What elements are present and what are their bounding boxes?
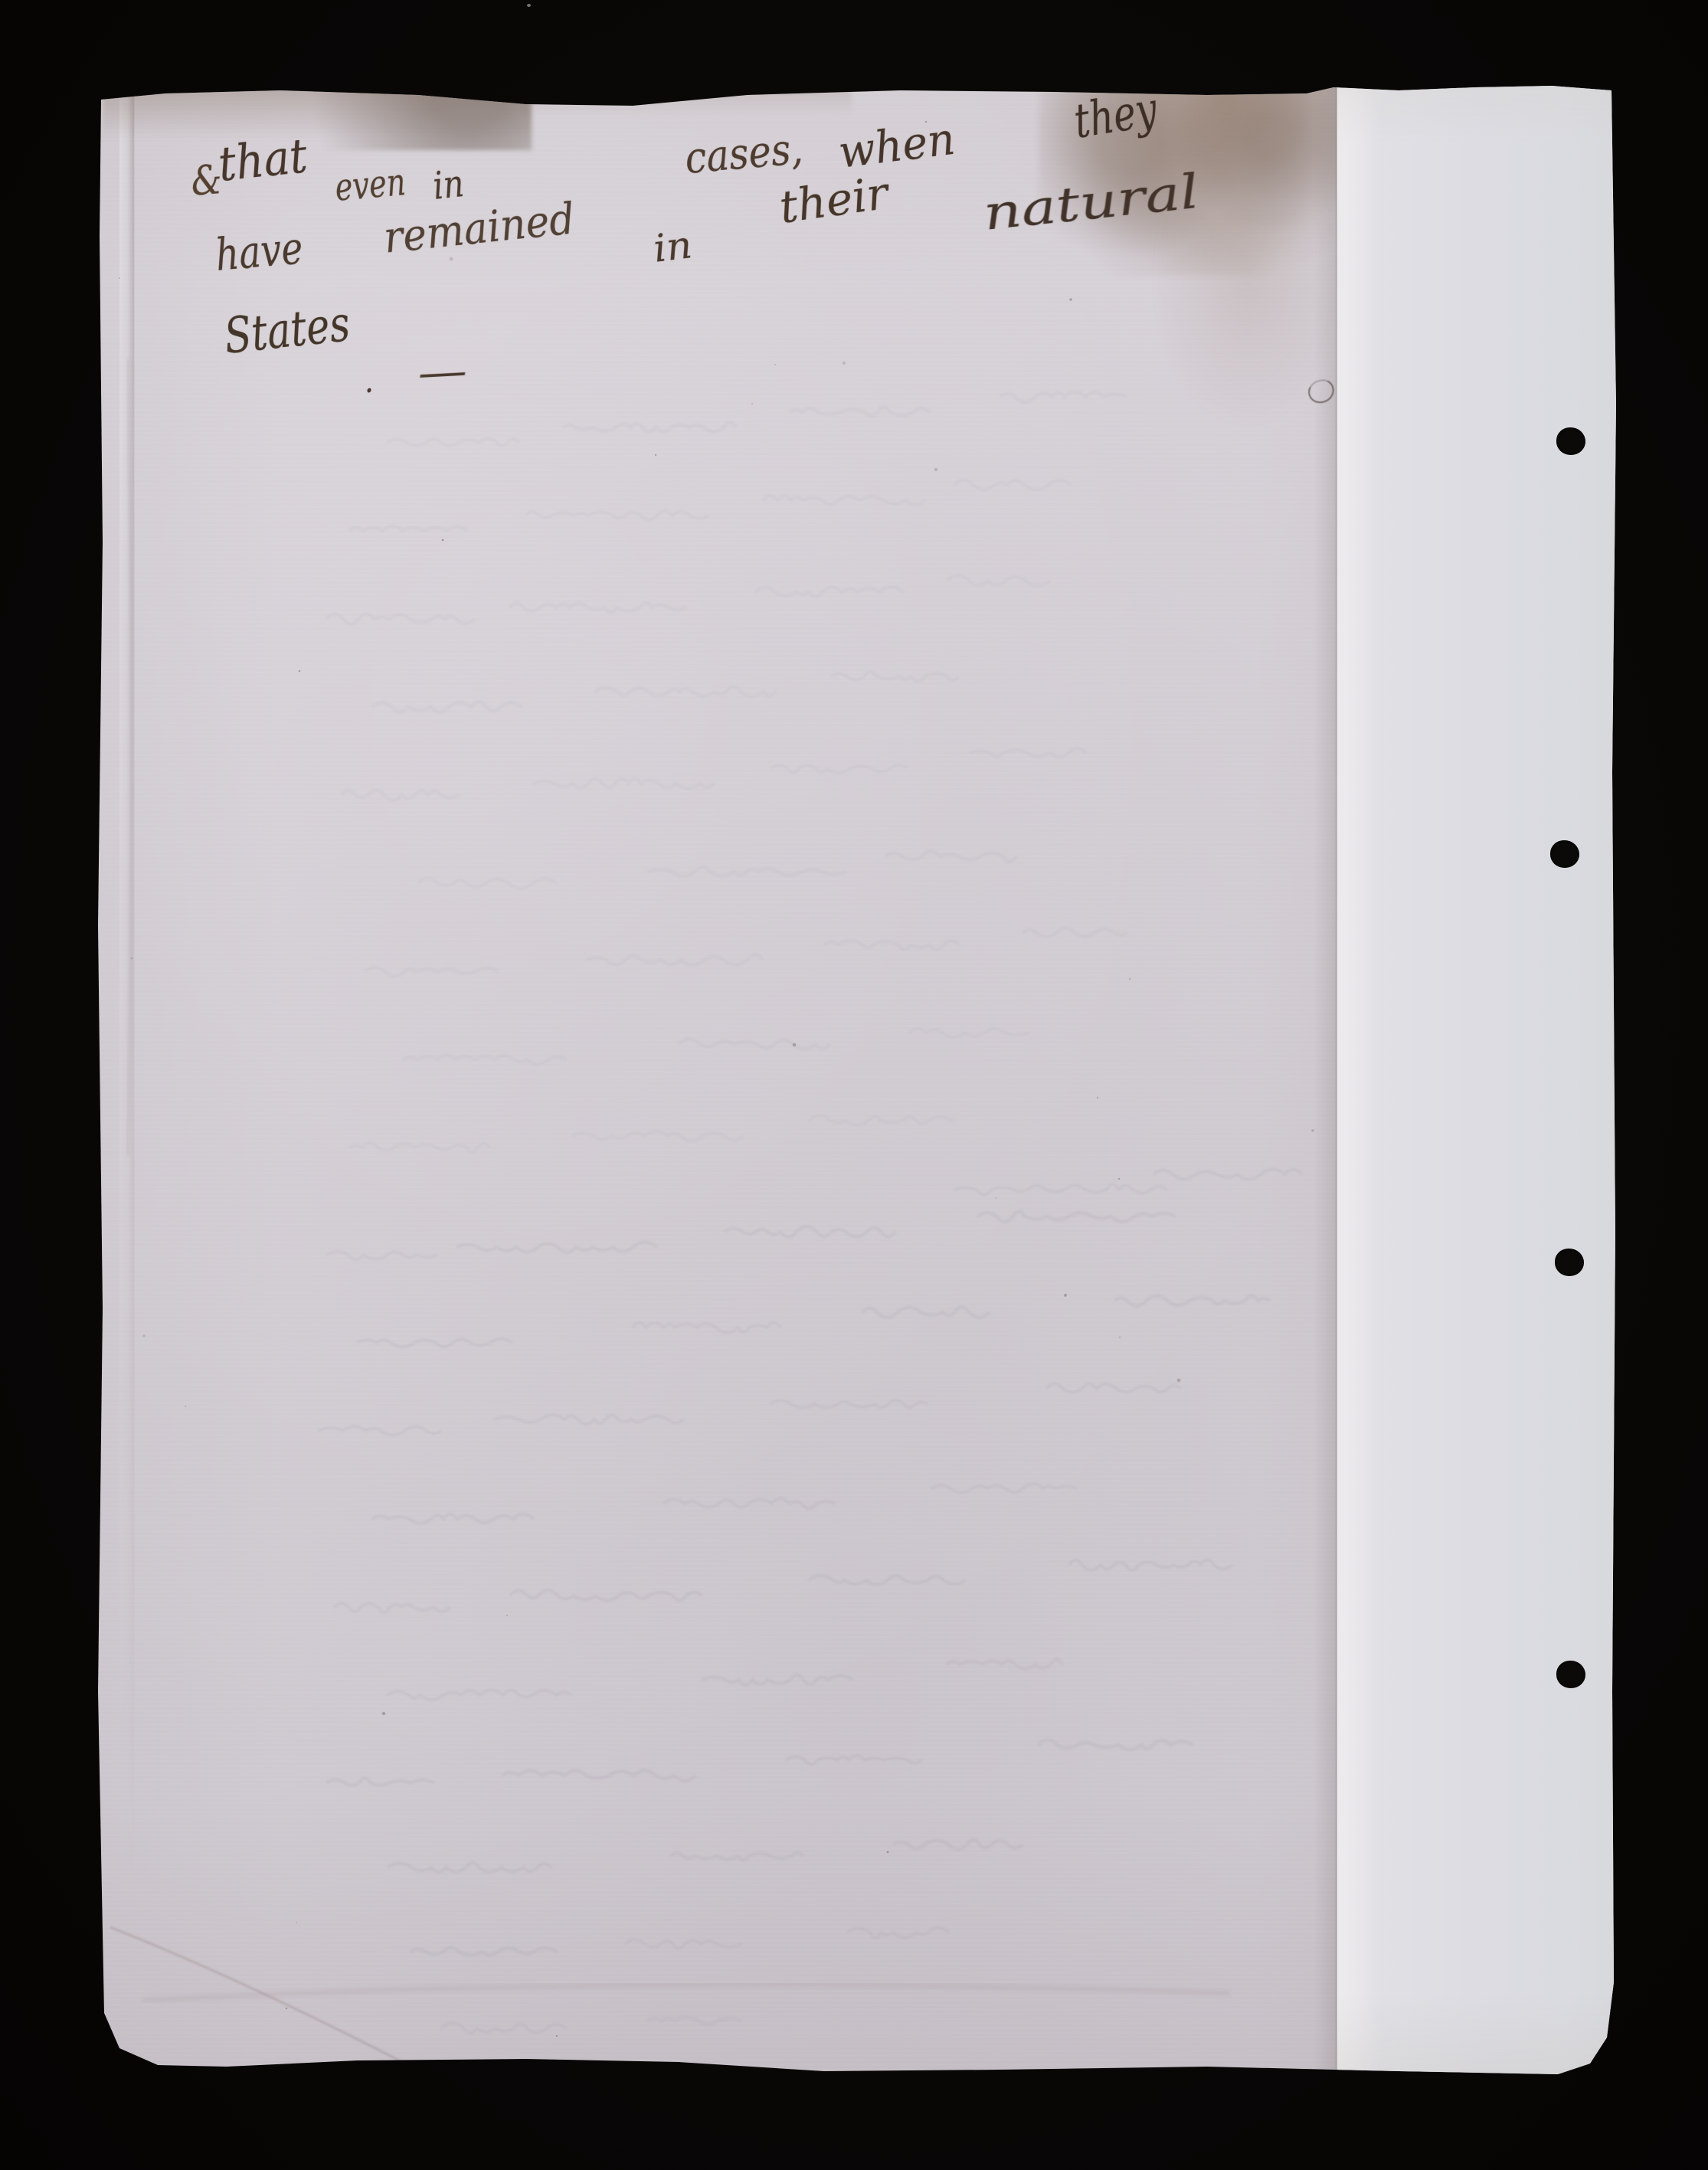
punch-hole <box>1555 1249 1584 1276</box>
handwritten-word: . <box>365 365 374 398</box>
handwritten-word: that <box>216 132 309 188</box>
handwritten-word: they <box>1071 86 1160 146</box>
handwritten-word: States <box>222 299 352 362</box>
handwritten-word: natural <box>981 168 1201 237</box>
punch-hole <box>1550 840 1579 868</box>
handwritten-word: even <box>333 162 407 207</box>
handwritten-word: in <box>651 225 694 268</box>
top-center-stain <box>522 81 852 119</box>
top-left-stain <box>103 80 532 150</box>
handwritten-word: — <box>417 350 468 395</box>
punch-hole <box>1556 1661 1585 1688</box>
punch-hole <box>1556 427 1585 455</box>
photo-background: &thatevenincases,whentheyhaveremainedint… <box>0 0 1708 2170</box>
handwritten-word: have <box>214 225 305 277</box>
under-sheet-edge <box>119 87 135 2048</box>
handwritten-word: cases, <box>683 128 804 181</box>
handwritten-word: their <box>777 171 891 230</box>
dust-speck <box>527 4 531 7</box>
crease-lines <box>110 358 1230 2074</box>
handwritten-word: remained <box>381 198 576 260</box>
manuscript-page: &thatevenincases,whentheyhaveremainedint… <box>97 83 1618 2076</box>
handwritten-word: when <box>836 116 957 175</box>
binding-strip <box>1337 83 1618 2076</box>
handwritten-word: in <box>431 164 466 205</box>
